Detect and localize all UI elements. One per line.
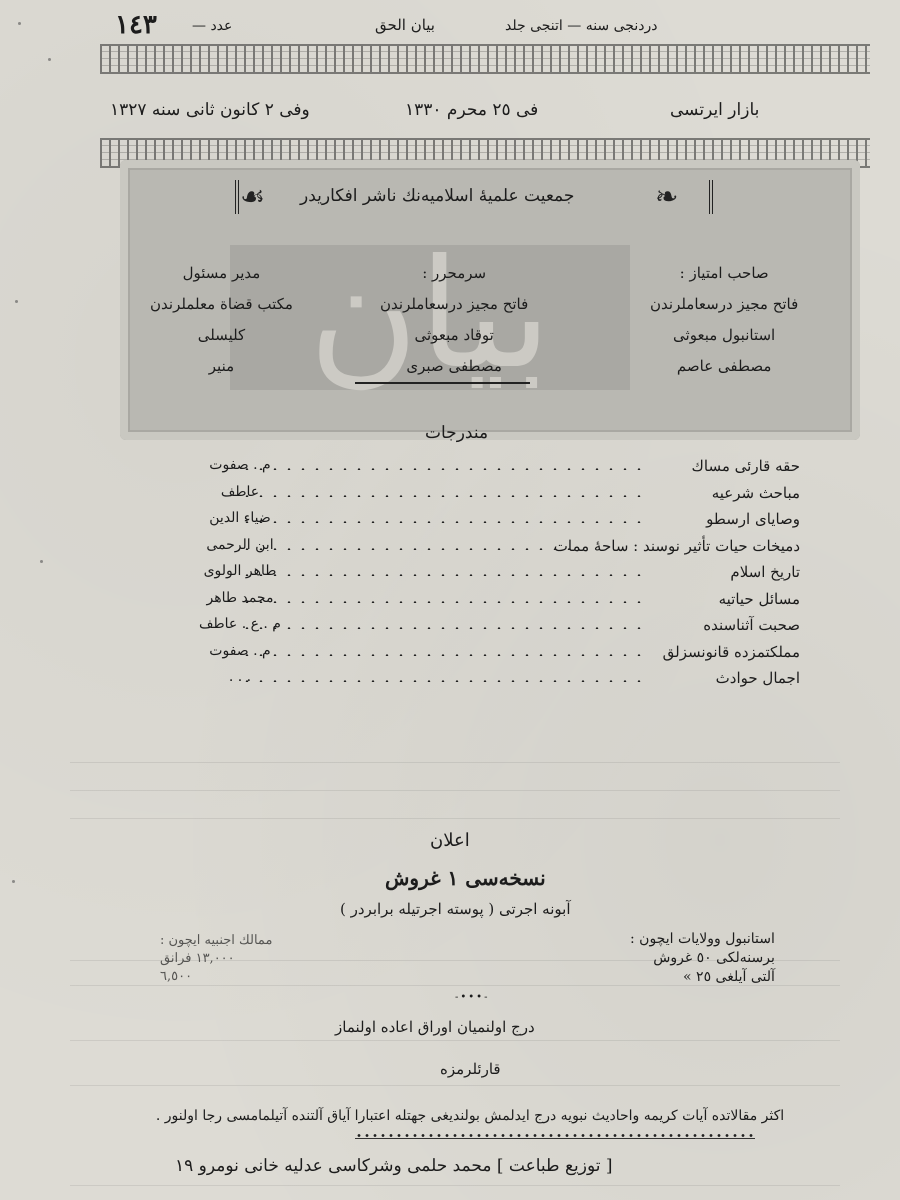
newspaper-page: ١٤٣ عدد — بيان الحق دردنجی سنه — اتنجی ج… <box>0 0 900 1200</box>
notice-unpublished: درج اولنميان اوراق اعاده اولنماز <box>335 1018 535 1036</box>
owner-heading: صاحب امتياز : <box>650 258 798 289</box>
editor-line: فاتح مجيز درسعاملرندن <box>380 289 528 320</box>
toc-item[interactable]: وصايای ارسطو ضياء الدين <box>180 508 800 535</box>
toc-item-title: وصايای ارسطو <box>706 510 800 528</box>
toc-item-author: محمد طاهر <box>180 590 300 606</box>
ink-spot <box>12 880 15 883</box>
editor-heading: سرمحرر : <box>380 258 528 289</box>
owner-name: مصطفی عاصم <box>650 351 798 382</box>
toc-item[interactable]: صحبت آثناسنده م . ع . عاطف <box>180 614 800 641</box>
masthead-rule <box>355 382 530 384</box>
ornamental-border-top <box>100 44 870 74</box>
leader-dots <box>240 495 650 497</box>
table-of-contents: حقه قارئی مساك م . صفوت مباحث شرعيه عاطف… <box>180 455 800 694</box>
toc-item-author: طاهر الولوی <box>180 563 300 579</box>
foreign-half-year: ٦,٥٠٠ <box>160 968 272 986</box>
toc-item-author: ضياء الدين <box>180 510 300 526</box>
bleed-through-line <box>70 790 840 791</box>
owner-column: صاحب امتياز : فاتح مجيز درسعاملرندن استا… <box>650 258 798 382</box>
toc-item-author: عاطف <box>180 484 300 500</box>
section-divider: -•••- <box>455 992 489 1003</box>
toc-item-title: صحبت آثناسنده <box>703 616 800 634</box>
toc-item-author: ابن الرحمی <box>180 537 300 553</box>
bleed-through-line <box>70 762 840 763</box>
toc-item-title: اجمال حوادث <box>716 669 800 687</box>
contents-title: مندرجات <box>425 423 488 443</box>
date-hijri: فی ٢٥ محرم ١٣٣٠ <box>405 100 538 120</box>
printer-imprint: [ توزيع طباعت ] محمد حلمی وشركاسی عدليه … <box>175 1156 613 1176</box>
toc-item[interactable]: مملكتمزده قانونسزلق م . صفوت <box>180 641 800 668</box>
toc-item[interactable]: مسائل حياتيه محمد طاهر <box>180 588 800 615</box>
editor-line: توقاد مبعوثی <box>380 320 528 351</box>
bleed-through-line <box>70 1085 840 1086</box>
domestic-yearly: برسنه‌لكی ٥٠ غروش <box>630 949 775 968</box>
ink-spot <box>40 560 43 563</box>
announcement-title: اعلان <box>430 830 470 851</box>
leader-dots <box>240 468 650 470</box>
toc-item[interactable]: دميخات حيات تأثير نوسند : ساحهٔ ممات ابن… <box>180 535 800 562</box>
owner-line: استانبول مبعوثی <box>650 320 798 351</box>
issue-number: ١٤٣ <box>115 10 157 40</box>
foreign-yearly: ١٣,٠٠٠ فرانق <box>160 950 272 968</box>
toc-item-title: حقه قارئی مساك <box>692 457 800 475</box>
ornament-hand-left-icon: ☙ <box>240 180 265 213</box>
editor-name: مصطفی صبری <box>380 351 528 382</box>
toc-item-title: تاريخ اسلام <box>730 563 800 581</box>
toc-item-title: مسائل حياتيه <box>719 590 800 608</box>
day-name: بازار ایرتسی <box>670 100 759 120</box>
notice-readers-heading: قارئلرمزه <box>440 1060 501 1078</box>
leader-dots <box>240 574 650 576</box>
domestic-heading: استانبول وولايات ايچون : <box>630 930 775 949</box>
notice-readers-text: اكثر مقالاتده آيات كريمه واحاديث نبويه د… <box>60 1108 880 1124</box>
toc-item-author: . . . <box>180 669 300 685</box>
toc-item[interactable]: حقه قارئی مساك م . صفوت <box>180 455 800 482</box>
publication-subtitle: بيان الحق <box>375 16 435 34</box>
editor-in-chief-column: سرمحرر : فاتح مجيز درسعاملرندن توقاد مبع… <box>380 258 528 382</box>
leader-dots <box>240 601 650 603</box>
manager-name: منير <box>150 351 293 382</box>
toc-item-title: دميخات حيات تأثير نوسند : ساحهٔ ممات <box>554 537 800 555</box>
owner-line: فاتح مجيز درسعاملرندن <box>650 289 798 320</box>
subscription-title: آبونه اجرتی ( پوسته اجرتيله برابردر ) <box>340 900 571 918</box>
leader-dots <box>240 654 650 656</box>
manager-column: مدير مسئول مكتب قضاة معلملرندن كليسلی من… <box>150 258 293 382</box>
bleed-through-line <box>70 818 840 819</box>
manager-line: كليسلی <box>150 320 293 351</box>
dotted-rule <box>355 1134 755 1137</box>
foreign-heading: ممالك اجنبيه ايچون : <box>160 932 272 950</box>
issue-label: عدد — <box>192 18 232 34</box>
manager-line: مكتب قضاة معلملرندن <box>150 289 293 320</box>
subscription-foreign: ممالك اجنبيه ايچون : ١٣,٠٠٠ فرانق ٦,٥٠٠ <box>160 932 272 986</box>
ink-spot <box>18 22 21 25</box>
leader-dots <box>240 627 650 629</box>
ornament-hand-right-icon: ❧ <box>655 180 678 213</box>
toc-item[interactable]: اجمال حوادث . . . <box>180 667 800 694</box>
toc-item-author: م . ع . عاطف <box>180 616 300 632</box>
domestic-half-year: آلتی آيلغی ٢٥ » <box>630 968 775 987</box>
ink-spot <box>48 58 51 61</box>
ink-spot <box>15 300 18 303</box>
manager-heading: مدير مسئول <box>150 258 293 289</box>
toc-item[interactable]: مباحث شرعيه عاطف <box>180 482 800 509</box>
volume-info: دردنجی سنه — اتنجی جلد <box>505 18 657 34</box>
subscription-domestic: استانبول وولايات ايچون : برسنه‌لكی ٥٠ غر… <box>630 930 775 987</box>
toc-item-title: مباحث شرعيه <box>712 484 800 502</box>
toc-item[interactable]: تاريخ اسلام طاهر الولوی <box>180 561 800 588</box>
bleed-through-line <box>70 1185 840 1186</box>
bleed-through-line <box>70 1040 840 1041</box>
toc-item-author: م . صفوت <box>180 643 300 659</box>
masthead-tagline: جمعيت علميهٔ اسلاميه‌نك ناشر افكاريدر <box>300 186 574 206</box>
leader-dots <box>240 521 650 523</box>
toc-item-author: م . صفوت <box>180 457 300 473</box>
date-rumi: وفی ٢ كانون ثانی سنه ١٣٢٧ <box>110 100 310 120</box>
issue-price: نسخه‌سی ١ غروش <box>385 866 546 890</box>
toc-item-title: مملكتمزده قانونسزلق <box>663 643 800 661</box>
leader-dots <box>240 680 650 682</box>
